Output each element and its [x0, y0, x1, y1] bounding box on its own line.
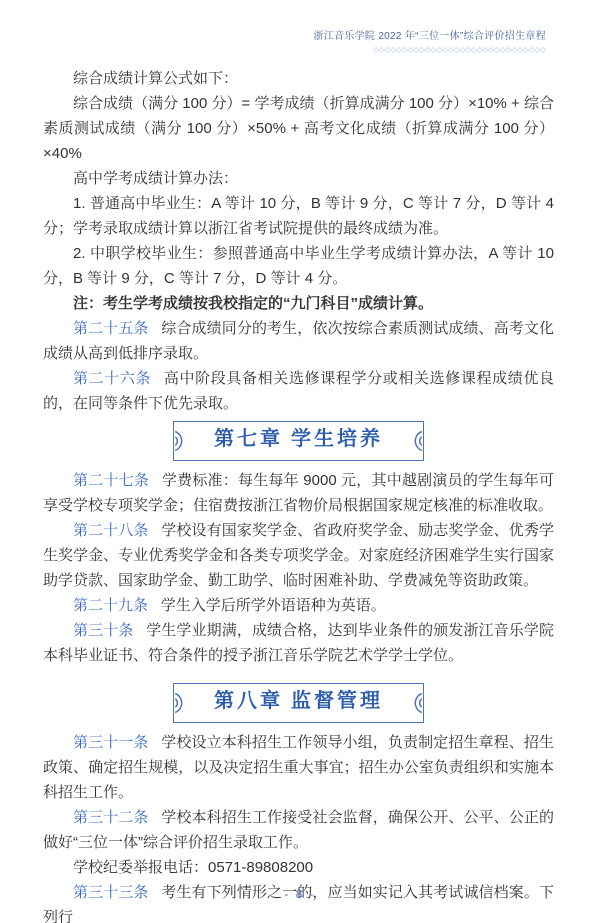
document-header-title: 浙江音乐学院 2022 年“三位一体”综合评价招生章程	[313, 31, 546, 42]
paragraph: 2. 中职学校毕业生：参照普通高中毕业生学考成绩计算办法，A 等计 10 分，B…	[43, 241, 554, 291]
banner-ornament-right-icon	[410, 690, 423, 716]
paragraph: 学校纪委举报电话：0571-89808200	[43, 855, 554, 880]
phone-line-text: 学校纪委举报电话：0571-89808200	[73, 859, 313, 876]
article-paragraph: 第二十五条综合成绩同分的考生，依次按综合素质测试成绩、高考文化成绩从高到低排序录…	[43, 316, 554, 366]
chapter-banner: 第七章 学生培养	[173, 421, 424, 461]
article-paragraph: 第二十六条高中阶段具备相关选修课程学分或相关选修课程成绩优良的，在同等条件下优先…	[43, 366, 554, 416]
paragraph-text: 2. 中职学校毕业生：参照普通高中毕业生学考成绩计算办法，A 等计 10 分，B…	[43, 245, 554, 287]
page-header: 浙江音乐学院 2022 年“三位一体”综合评价招生章程 ◇◇◇◇◇◇◇◇◇◇◇◇…	[0, 0, 600, 54]
article-text: 学生入学后所学外语语种为英语。	[161, 597, 386, 614]
article-number: 第二十七条	[73, 472, 149, 489]
paragraph-text: 高中学考成绩计算办法：	[73, 170, 238, 187]
chapter-title: 第七章 学生培养	[214, 428, 383, 450]
paragraph: 1. 普通高中毕业生：A 等计 10 分，B 等计 9 分，C 等计 7 分，D…	[43, 191, 554, 241]
article-paragraph: 第三十一条学校设立本科招生工作领导小组，负责制定招生章程、招生政策、确定招生规模…	[43, 730, 554, 805]
chapter-banner: 第八章 监督管理	[173, 683, 424, 723]
article-paragraph: 第二十七条学费标准：每生每年 9000 元，其中越剧演员的学生每年可享受学校专项…	[43, 468, 554, 518]
paragraph-text: 综合成绩（满分 100 分）= 学考成绩（折算成满分 100 分）×10% + …	[43, 95, 554, 162]
paragraph: 综合成绩计算公式如下：	[43, 66, 554, 91]
paragraph: 高中学考成绩计算办法：	[43, 166, 554, 191]
paragraph-text: 1. 普通高中毕业生：A 等计 10 分，B 等计 9 分，C 等计 7 分，D…	[43, 195, 554, 237]
page-number: - 8 -	[284, 887, 315, 901]
article-paragraph: 第三十二条学校本科招生工作接受社会监督，确保公开、公平、公正的做好“三位一体”综…	[43, 805, 554, 855]
article-number: 第二十九条	[73, 597, 148, 614]
note-paragraph: 注：考生学考成绩按我校指定的“九门科目”成绩计算。	[43, 291, 554, 316]
banner-ornament-left-icon	[174, 690, 187, 716]
paragraph-text: 综合成绩计算公式如下：	[73, 70, 238, 87]
article-paragraph: 第二十九条学生入学后所学外语语种为英语。	[43, 593, 554, 618]
article-paragraph: 第三十条学生学业期满，成绩合格，达到毕业条件的颁发浙江音乐学院本科毕业证书、符合…	[43, 618, 554, 668]
article-paragraph: 第二十八条学校设有国家奖学金、省政府奖学金、励志奖学金、优秀学生奖学金、专业优秀…	[43, 518, 554, 593]
article-number: 第三十条	[73, 622, 133, 639]
article-number: 第三十二条	[73, 809, 149, 826]
paragraph-text: 注：考生学考成绩按我校指定的“九门科目”成绩计算。	[73, 295, 433, 312]
header-chain-divider: ◇◇◇◇◇◇◇◇◇◇◇◇◇◇◇◇◇◇◇◇◇◇◇◇◇◇◇◇◇◇	[0, 46, 546, 54]
article-number: 第二十六条	[73, 370, 151, 387]
chapter-title: 第八章 监督管理	[214, 690, 383, 712]
chapter-heading: 第八章 监督管理	[43, 683, 554, 723]
article-number: 第二十五条	[73, 320, 149, 337]
chapter-heading: 第七章 学生培养	[43, 421, 554, 461]
document-page: 浙江音乐学院 2022 年“三位一体”综合评价招生章程 ◇◇◇◇◇◇◇◇◇◇◇◇…	[0, 0, 600, 923]
banner-ornament-right-icon	[410, 428, 423, 454]
banner-ornament-left-icon	[174, 428, 187, 454]
article-number: 第三十一条	[73, 734, 149, 751]
paragraph: 综合成绩（满分 100 分）= 学考成绩（折算成满分 100 分）×10% + …	[43, 91, 554, 166]
page-footer: - 8 -	[0, 885, 600, 903]
article-number: 第二十八条	[73, 522, 149, 539]
document-body: 综合成绩计算公式如下： 综合成绩（满分 100 分）= 学考成绩（折算成满分 1…	[0, 54, 600, 923]
